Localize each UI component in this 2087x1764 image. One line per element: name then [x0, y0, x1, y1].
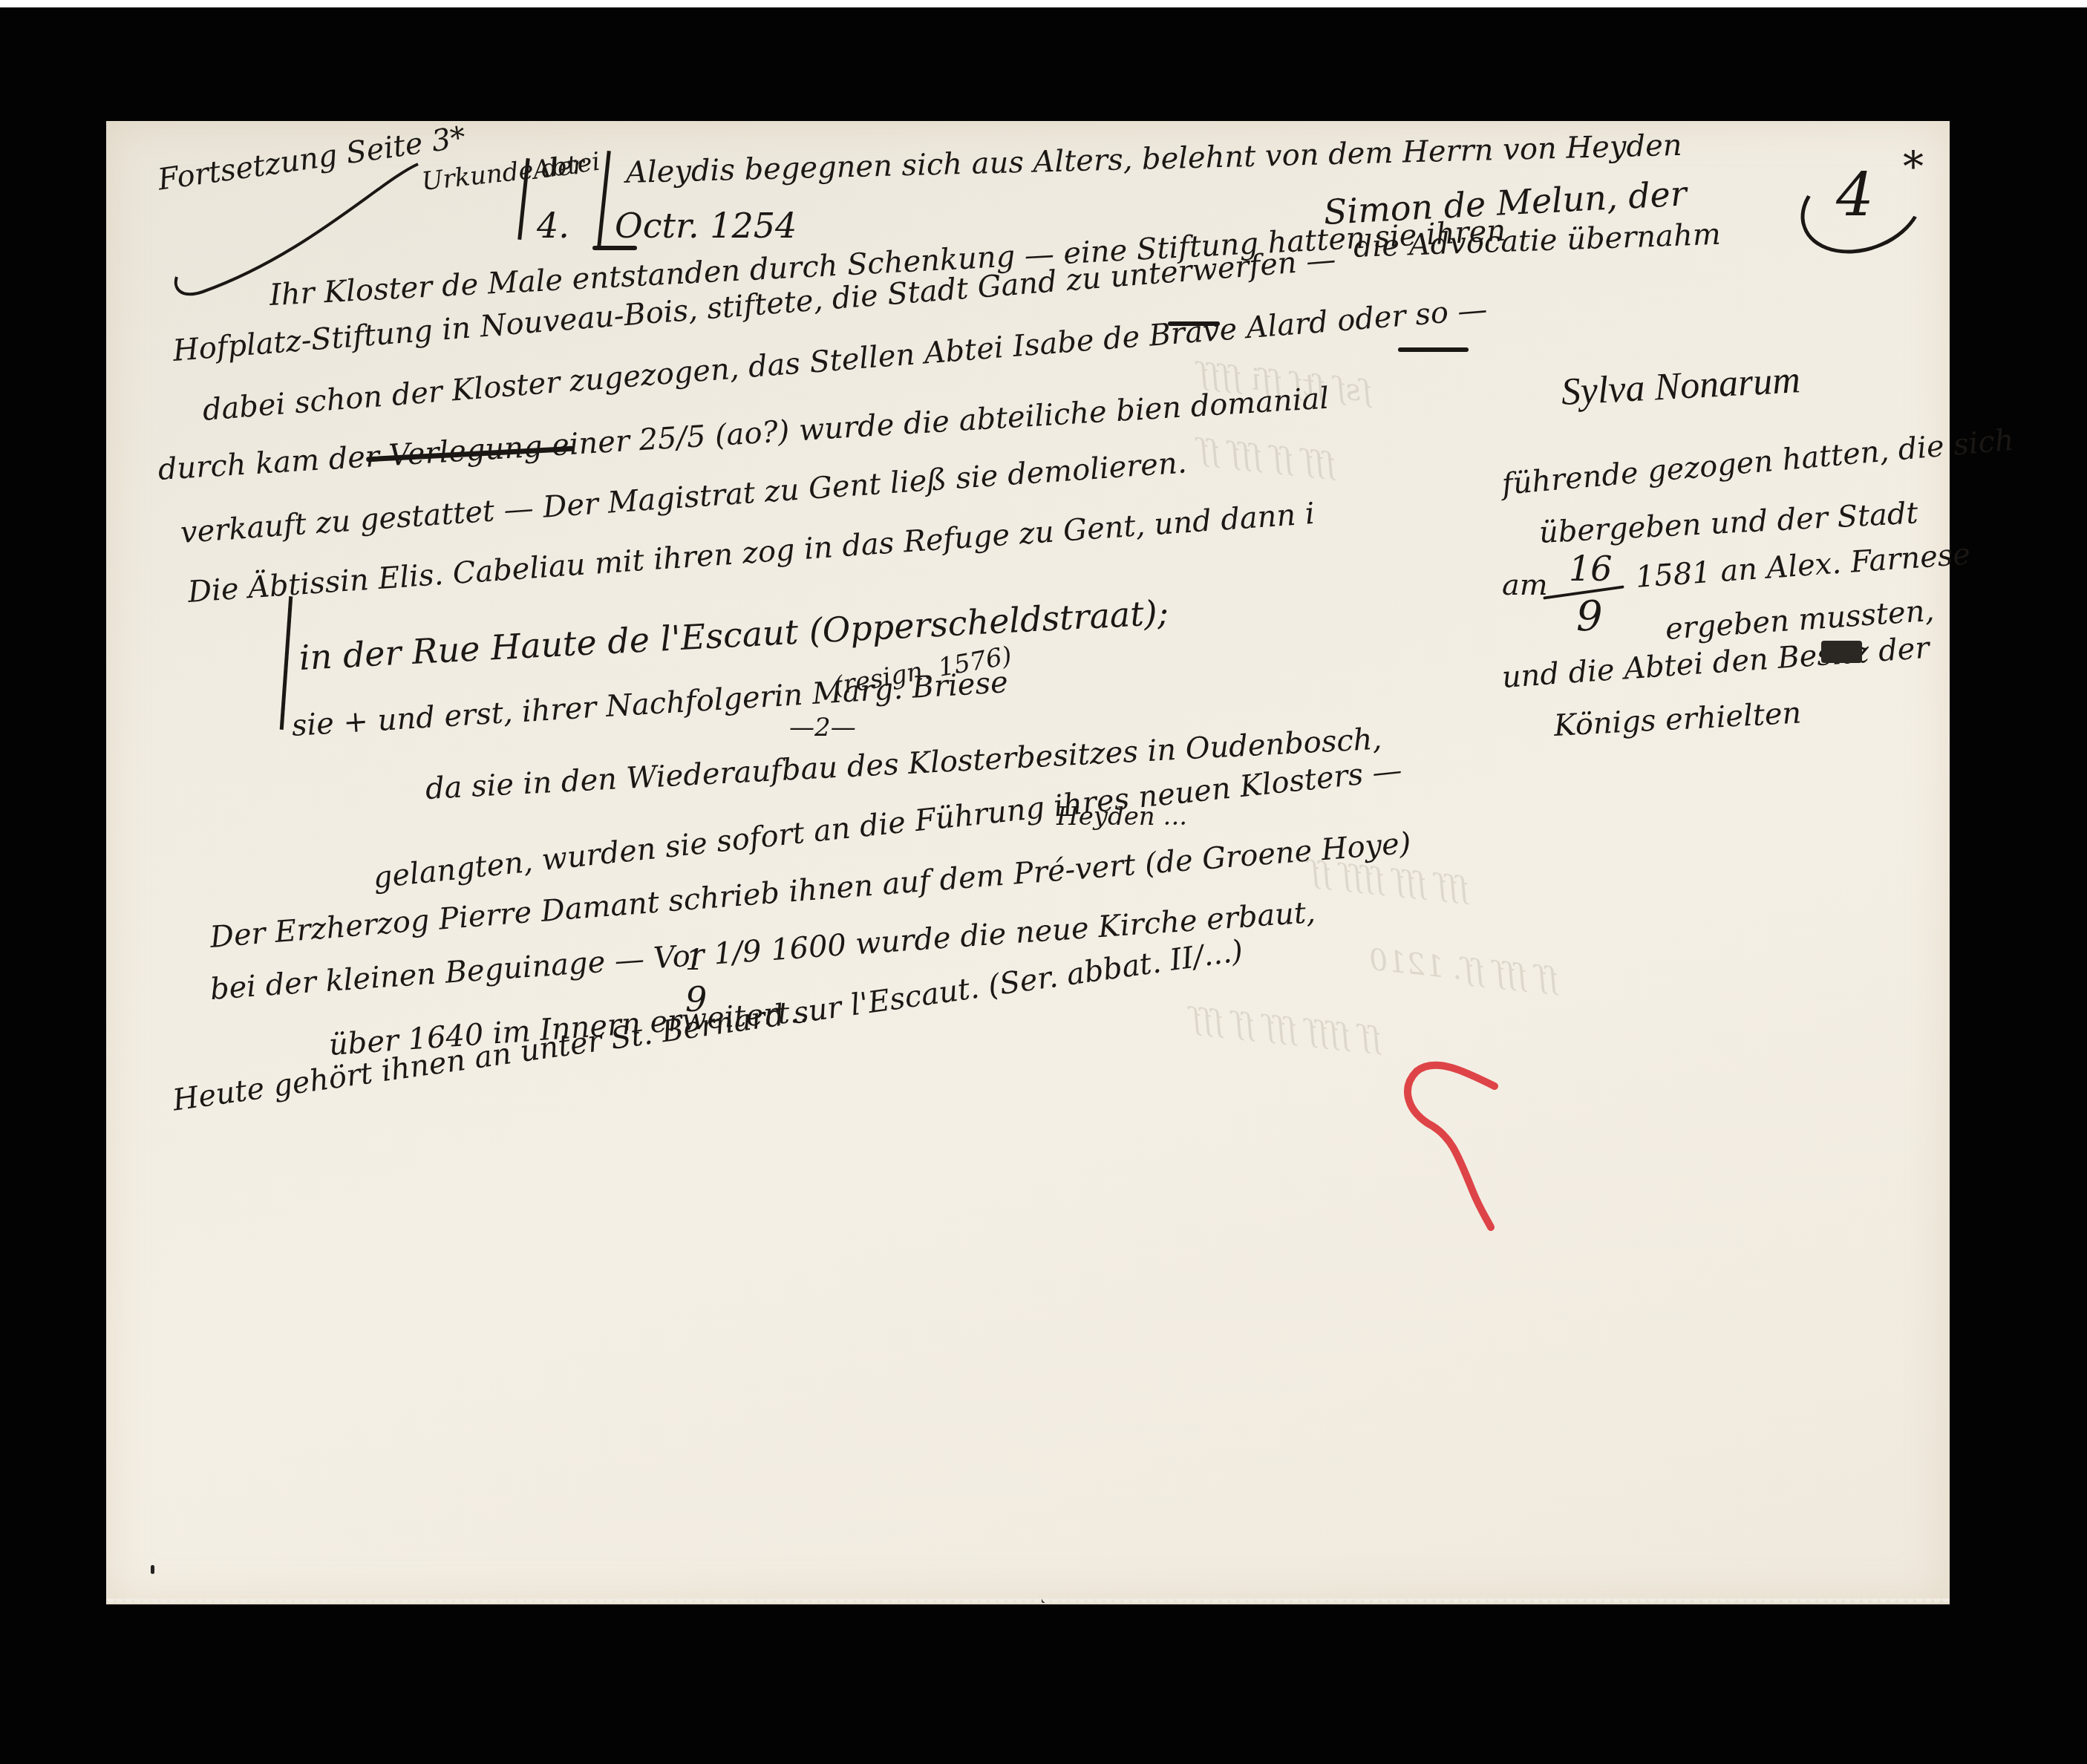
- marginal-line: übergeben und der Stadt: [1538, 498, 1919, 548]
- fraction-numerator: 16: [1569, 552, 1613, 586]
- date-day: 4.: [537, 209, 569, 243]
- page-number-mark: *: [1903, 147, 1924, 189]
- fraction-1600-denominator: 9: [685, 982, 707, 1016]
- red-crayon-mark: [1368, 1042, 1561, 1235]
- paper-torn-edge: [106, 1598, 1950, 1610]
- ink-blot: [1821, 641, 1862, 663]
- page-number: 4: [1836, 166, 1874, 225]
- marginal-line: führende gezogen hatten, die sich: [1500, 425, 2015, 500]
- fraction-1600-numerator: 1: [685, 945, 704, 975]
- manuscript-page: ſsſ ſtſ ſſi ſſſſ ſſſ ſſ ſſſ ſſ ſſſ ſſſ ſ…: [106, 121, 1950, 1604]
- abbey-label: Abtei: [532, 149, 602, 183]
- bleed-through-text: ſſ ſſſ ſſ. 1210: [1367, 943, 1560, 997]
- page-marker: —2—: [789, 715, 856, 740]
- paper-speck: [151, 1565, 154, 1574]
- bleed-through-text: ſſſ ſſ ſſſ ſſ: [1196, 433, 1337, 481]
- marginal-line: am: [1502, 570, 1548, 600]
- header-line-1: Aleydis begegnen sich aus Alters, belehn…: [625, 131, 1682, 188]
- marginal-title: Sylva Nonarum: [1561, 361, 1801, 412]
- marginal-line: Königs erhielten: [1553, 699, 1802, 741]
- dash: [1398, 347, 1469, 352]
- body-line: in der Rue Haute de l'Escaut (Opperschel…: [298, 595, 1169, 675]
- bleed-through-text: ſſ ſſſſ ſſſ ſſ ſſſ: [1189, 1002, 1383, 1056]
- date-month-year: Octr. 1254: [615, 209, 797, 243]
- marginal-line: 1581 an Alex. Farnese: [1635, 540, 1972, 592]
- bracket-foot: [592, 246, 637, 250]
- fraction-denominator: 9: [1576, 596, 1603, 638]
